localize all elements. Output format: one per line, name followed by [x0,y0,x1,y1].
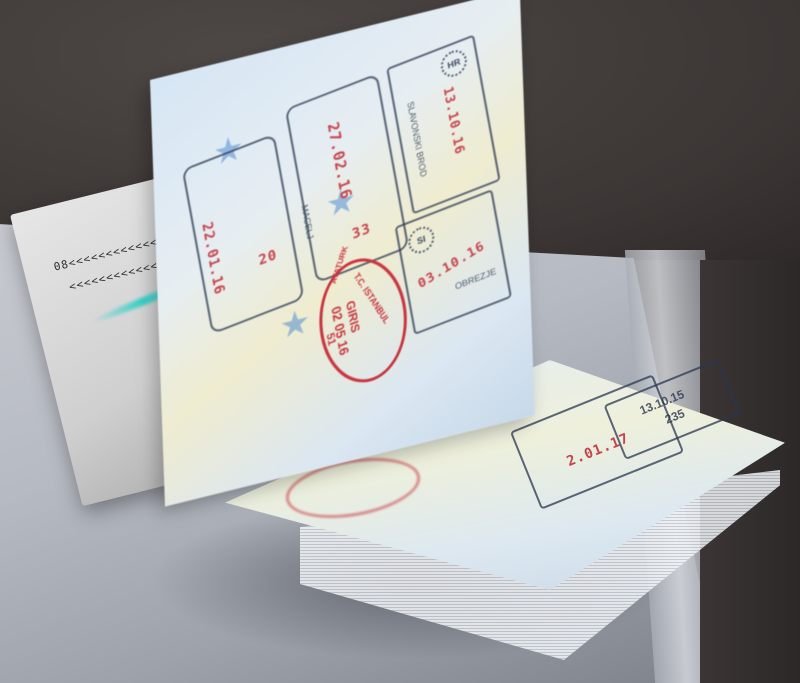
eu-star-icon: ★ [279,301,311,348]
hr-badge-icon: HR [439,46,469,81]
stamp-2-date: 27.02.16 [324,120,356,203]
stamp-1: 22.01.16 20 [182,134,305,335]
stamp-1-date: 22.01.16 [198,220,227,298]
stamp-1-code: 20 [257,247,278,269]
stamp-3-place: SLAVONSKI BROD [405,100,429,179]
stamp-3: HR 13.10.16 SLAVONSKI BROD [386,34,500,214]
stamp-5-code: 235 [663,406,687,426]
stamp-2-place: MACELJ [300,203,316,240]
stamp-2-code: 33 [351,220,372,242]
passport-photo: 08<<<<<<<<<<<<96296 <<<<<<<<<<<<<<<<<<<<… [0,0,800,683]
stamp-4-place: OBREZJE [454,266,497,291]
stamp-3-date: 13.10.16 [440,85,467,158]
si-badge-icon: SI [406,223,436,258]
